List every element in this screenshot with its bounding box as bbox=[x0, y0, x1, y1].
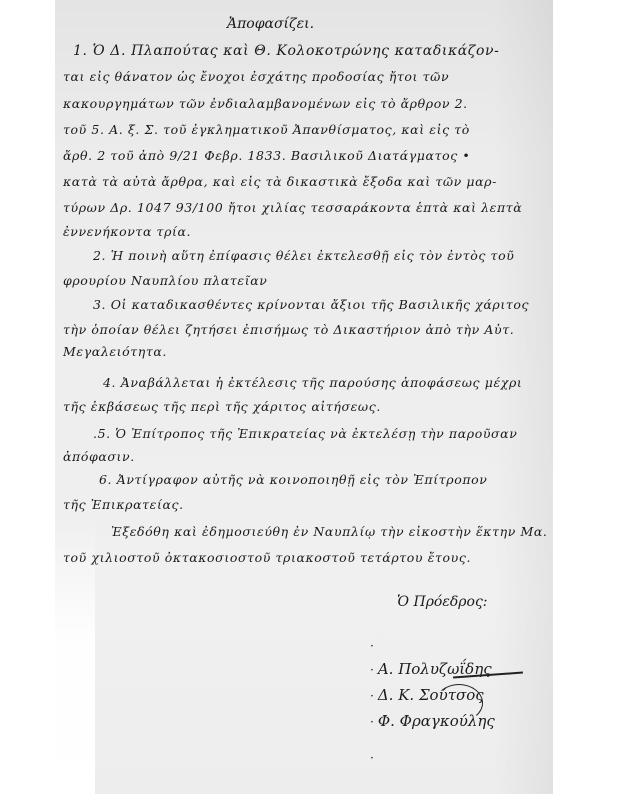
paragraph-6-line-1: 6. Ἀντίγραφον αὐτῆς νὰ κοινοποιηθῇ εἰς τ… bbox=[99, 474, 487, 487]
paragraph-4-line-2: τῆς ἐκβάσεως τῆς περὶ τῆς χάριτος αἰτήσε… bbox=[63, 401, 381, 414]
paragraph-1-line-7: τύρων Δρ. 1047 93/100 ἤτοι χιλίας τεσσαρ… bbox=[63, 202, 522, 215]
issuance-line-2: τοῦ χιλιοστοῦ ὀκτακοσιοστοῦ τριακοστοῦ τ… bbox=[63, 552, 471, 565]
signature-dot-2: · bbox=[370, 748, 378, 766]
president-label: Ὁ Πρόεδρος: bbox=[397, 594, 488, 610]
paragraph-6-line-2: τῆς Ἐπικρατείας. bbox=[63, 499, 184, 512]
signature-loop-flourish bbox=[435, 684, 483, 722]
paragraph-1-line-5: ἄρθ. 2 τοῦ ἀπὸ 9/21 Φεβρ. 1833. Βασιλικο… bbox=[63, 150, 470, 163]
document-scan: Ἀποφασίζει. 1. Ὁ Δ. Πλαπούτας καὶ Θ. Κολ… bbox=[55, 0, 553, 794]
paragraph-5-line-2: ἀπόφασιν. bbox=[63, 451, 135, 464]
signature-dot-1: · bbox=[370, 636, 378, 654]
paragraph-2-line-1: 2. Ἡ ποινὴ αὕτη ἐπίφασις θέλει ἐκτελεσθῇ… bbox=[93, 250, 514, 263]
paragraph-2-line-2: φρουρίου Ναυπλίου πλατεῖαν bbox=[63, 275, 267, 288]
paragraph-1-line-6: κατὰ τὰ αὐτὰ ἄρθρα, καὶ εἰς τὰ δικαστικὰ… bbox=[63, 176, 497, 189]
paragraph-3-line-1: 3. Οἱ καταδικασθέντες κρίνονται ἄξιοι τῆ… bbox=[93, 299, 529, 312]
paragraph-1-line-8: ἐννενήκοντα τρία. bbox=[63, 226, 191, 239]
document-heading: Ἀποφασίζει. bbox=[227, 16, 314, 32]
issuance-line-1: Ἐξεδόθη καὶ ἐδημοσιεύθη ἐν Ναυπλίῳ τὴν ε… bbox=[111, 526, 547, 539]
paragraph-5-line-1: .5. Ὁ Ἐπίτροπος τῆς Ἐπικρατείας νὰ ἐκτελ… bbox=[93, 428, 517, 441]
paragraph-1-line-3: κακουργημάτων τῶν ἐνδιαλαμβανομένων εἰς … bbox=[63, 98, 468, 111]
paragraph-3-line-3: Μεγαλειότητα. bbox=[63, 346, 167, 359]
paragraph-1-line-2: ται εἰς θάνατον ὡς ἔνοχοι ἐσχάτης προδοσ… bbox=[63, 71, 449, 84]
paragraph-1-line-1: 1. Ὁ Δ. Πλαπούτας καὶ Θ. Κολοκοτρώνης κα… bbox=[73, 44, 499, 58]
paragraph-3-line-2: τὴν ὁποίαν θέλει ζητήσει ἐπισήμως τὸ Δικ… bbox=[63, 324, 514, 337]
paragraph-4-line-1: 4. Ἀναβάλλεται ἡ ἐκτέλεσις τῆς παρούσης … bbox=[103, 377, 522, 390]
paragraph-1-line-4: τοῦ 5. Α. ξ. Σ. τοῦ ἐγκληματικοῦ Ἀπανθίσ… bbox=[63, 124, 470, 137]
